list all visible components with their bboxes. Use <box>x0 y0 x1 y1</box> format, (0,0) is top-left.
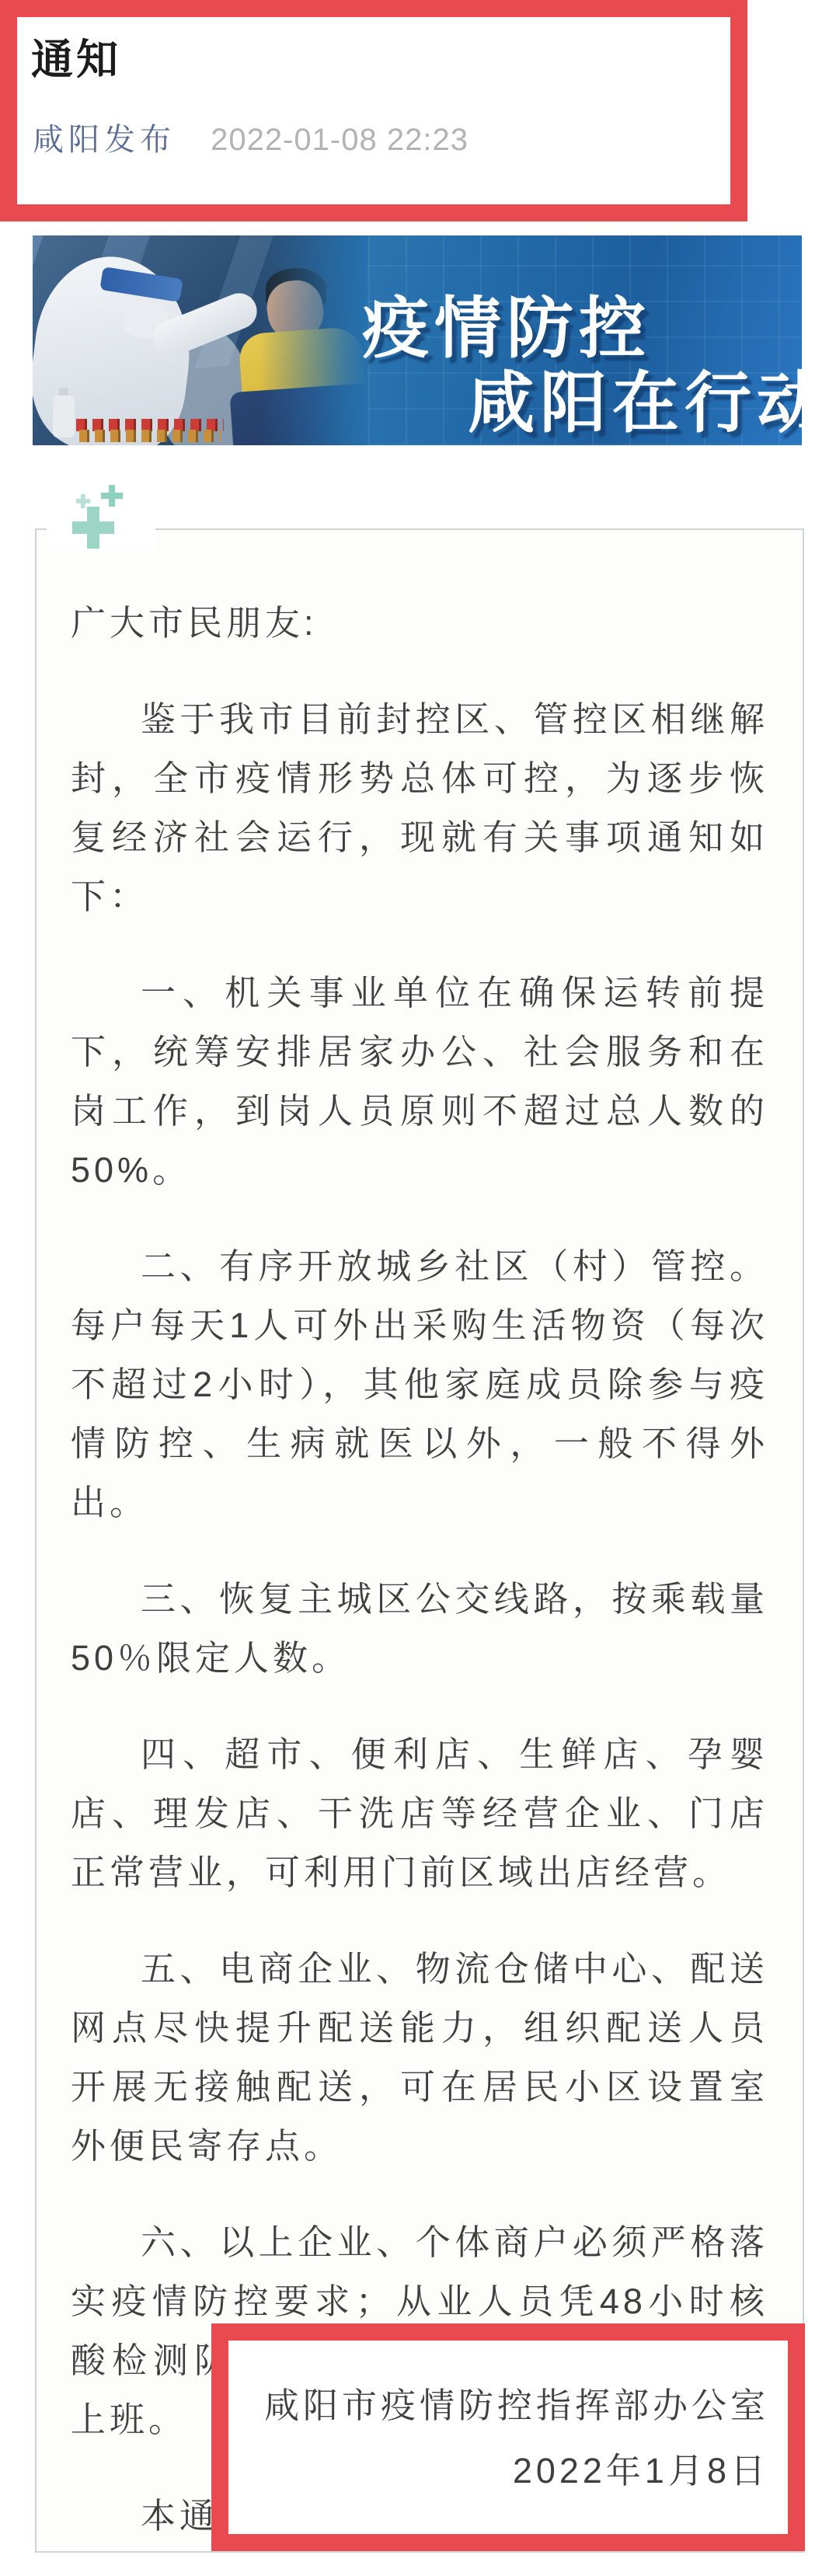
plus-big-icon <box>72 507 114 549</box>
test-tube-rack-row2 <box>79 430 221 442</box>
plus-medium-icon <box>101 485 123 507</box>
article-title: 通知 <box>31 26 121 86</box>
signature-office: 咸阳市疫情防控指挥部办公室 <box>228 2373 769 2438</box>
signature-date: 2022年1月8日 <box>228 2438 769 2504</box>
notice-content-card: 广大市民朋友: 鉴于我市目前封控区、管控区相继解封，全市疫情形势总体可控，为逐步… <box>35 528 804 2553</box>
banner-slogan-line2: 咸阳在行动 <box>468 349 802 445</box>
body-paragraph: 鉴于我市目前封控区、管控区相继解封，全市疫情形势总体可控，为逐步恢复经济社会运行… <box>71 690 768 926</box>
banner-image[interactable]: 疫情防控 咸阳在行动 <box>33 235 802 445</box>
byline: 咸阳发布 2022-01-08 22:23 <box>33 115 469 159</box>
swab-test-photo <box>33 235 367 445</box>
body-paragraph: 二、有序开放城乡社区（村）管控。每户每天1人可外出采购生活物资（每次不超过2小时… <box>71 1237 768 1532</box>
body-paragraph: 一、机关事业单位在确保运转前提下，统筹安排居家办公、社会服务和在岗工作，到岗人员… <box>71 964 768 1200</box>
sanitizer-bottle <box>53 396 75 437</box>
header-annotation-box: 通知 咸阳发布 2022-01-08 22:23 <box>0 0 747 221</box>
publish-timestamp: 2022-01-08 22:23 <box>211 123 469 158</box>
body-paragraph: 四、超市、便利店、生鲜店、孕婴店、理发店、干洗店等经营企业、门店正常营业，可利用… <box>71 1725 768 1902</box>
plus-decoration <box>47 460 155 550</box>
signature-annotation-box: 咸阳市疫情防控指挥部办公室 2022年1月8日 <box>211 2323 805 2551</box>
body-paragraph: 三、恢复主城区公交线路，按乘载量50％限定人数。 <box>71 1570 768 1688</box>
publisher-link[interactable]: 咸阳发布 <box>33 115 176 159</box>
photo-fade-overlay <box>260 235 367 445</box>
article-page: 通知 咸阳发布 2022-01-08 22:23 疫情防控 咸阳在行动 <box>0 0 836 2576</box>
salutation: 广大市民朋友: <box>71 594 768 653</box>
body-paragraph: 五、电商企业、物流仓储中心、配送网点尽快提升配送能力，组织配送人员开展无接触配送… <box>71 1940 768 2176</box>
